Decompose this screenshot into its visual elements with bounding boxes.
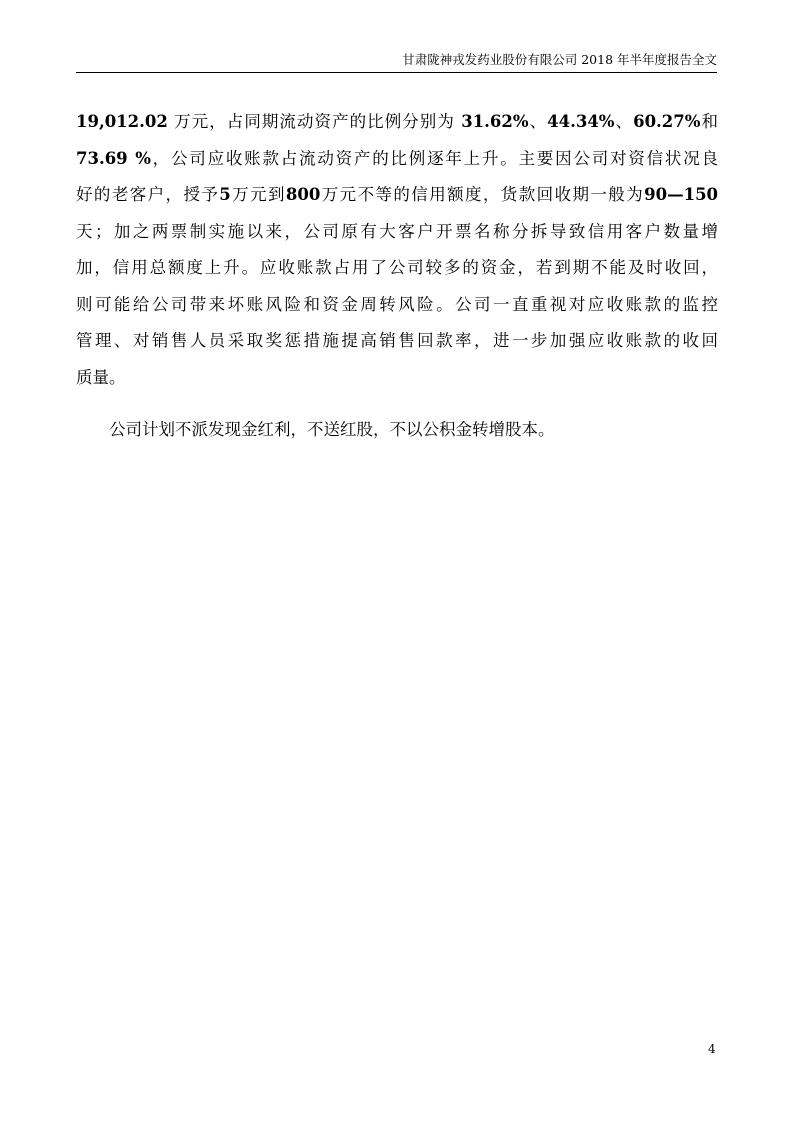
text-line: 天；加之两票制实施以来，公司原有大客户开票名称分拆导致信用客户数量增 bbox=[76, 214, 718, 251]
text-line: 好的老客户，授予5万元到800万元不等的信用额度，货款回收期一般为90—150 bbox=[76, 177, 718, 214]
text-line: 加，信用总额度上升。应收账款占用了公司较多的资金，若到期不能及时收回， bbox=[76, 250, 718, 287]
text-run: 万元，占同期流动资产的比例分别为 bbox=[168, 112, 461, 131]
text-run: 、 bbox=[529, 112, 548, 131]
text-run: 19,012.02 bbox=[76, 112, 168, 131]
text-run: 73.69 % bbox=[76, 149, 151, 168]
text-run: 44.34% bbox=[547, 112, 614, 131]
text-run: 万元到 bbox=[231, 185, 286, 204]
text-run: 和 bbox=[700, 112, 718, 131]
text-run: 31.62% bbox=[461, 112, 528, 131]
text-run: 好的老客户，授予 bbox=[76, 185, 219, 204]
text-run: 管理、对销售人员采取奖惩措施提高销售回款率，进一步加强应收账款的收回 bbox=[76, 331, 718, 350]
text-run: 加，信用总额度上升。应收账款占用了公司较多的资金，若到期不能及时收回， bbox=[76, 258, 718, 277]
text-line: 则可能给公司带来坏账风险和资金周转风险。公司一直重视对应收账款的监控 bbox=[76, 287, 718, 324]
page-content: 19,012.02 万元，占同期流动资产的比例分别为 31.62%、44.34%… bbox=[76, 104, 718, 449]
text-run: 90—150 bbox=[644, 185, 718, 204]
text-run: 800 bbox=[286, 185, 320, 204]
text-run: 则可能给公司带来坏账风险和资金周转风险。公司一直重视对应收账款的监控 bbox=[76, 295, 718, 314]
header-title: 甘肃陇神戎发药业股份有限公司 2018 年半年度报告全文 bbox=[402, 52, 717, 67]
text-line: 73.69 %，公司应收账款占流动资产的比例逐年上升。主要因公司对资信状况良 bbox=[76, 141, 718, 178]
text-run: 天；加之两票制实施以来，公司原有大客户开票名称分拆导致信用客户数量增 bbox=[76, 222, 718, 241]
text-run: ，公司应收账款占流动资产的比例逐年上升。主要因公司对资信状况良 bbox=[151, 149, 718, 168]
text-line: 19,012.02 万元，占同期流动资产的比例分别为 31.62%、44.34%… bbox=[76, 104, 718, 141]
text-run: 、 bbox=[615, 112, 634, 131]
paragraph-dividend-plan: 公司计划不派发现金红利，不送红股，不以公积金转增股本。 bbox=[76, 412, 718, 449]
text-run: 5 bbox=[219, 185, 230, 204]
text-run: 万元不等的信用额度，货款回收期一般为 bbox=[320, 185, 644, 204]
text-run: 60.27% bbox=[633, 112, 700, 131]
paragraph-receivables: 19,012.02 万元，占同期流动资产的比例分别为 31.62%、44.34%… bbox=[76, 104, 718, 396]
text-line: 质量。 bbox=[76, 360, 718, 397]
text-run: 质量。 bbox=[76, 368, 126, 387]
page-number: 4 bbox=[708, 1042, 716, 1056]
page-header: 甘肃陇神戎发药业股份有限公司 2018 年半年度报告全文 bbox=[76, 50, 717, 73]
text-line: 管理、对销售人员采取奖惩措施提高销售回款率，进一步加强应收账款的收回 bbox=[76, 323, 718, 360]
